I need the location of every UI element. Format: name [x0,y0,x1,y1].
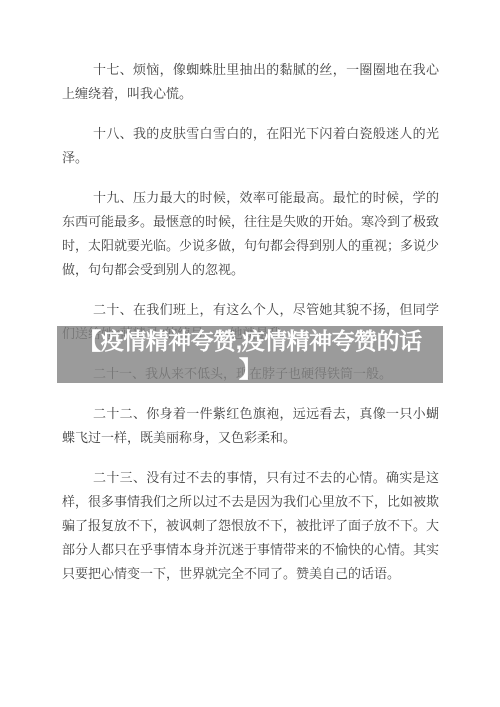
overlay-title-line1: 【疫情精神夸赞,疫情精神夸赞的话 [57,327,443,355]
paragraph-19: 十九、压力最大的时候，效率可能最高。最忙的时候，学的东西可能最多。最惬意的时候，… [62,186,439,282]
paragraph-22: 二十二、你身着一件紫红色旗袍，远远看去，真像一只小蝴蝶飞过一样，既美丽称身，又色… [62,402,439,450]
title-overlay-banner: 【疫情精神夸赞,疫情精神夸赞的话 】 [57,326,443,383]
overlay-title-line2: 】 [57,355,443,383]
paragraph-18: 十八、我的皮肤雪白雪白的，在阳光下闪着白瓷般迷人的光泽。 [62,122,439,170]
paragraph-17: 十七、烦恼，像蜘蛛肚里抽出的黏腻的丝，一圈圈地在我心上缠绕着，叫我心慌。 [62,58,439,106]
article-page: 十七、烦恼，像蜘蛛肚里抽出的黏腻的丝，一圈圈地在我心上缠绕着，叫我心慌。 十八、… [0,0,500,707]
paragraph-23: 二十三、没有过不去的事情，只有过不去的心情。确实是这样，很多事情我们之所以过不去… [62,466,439,586]
